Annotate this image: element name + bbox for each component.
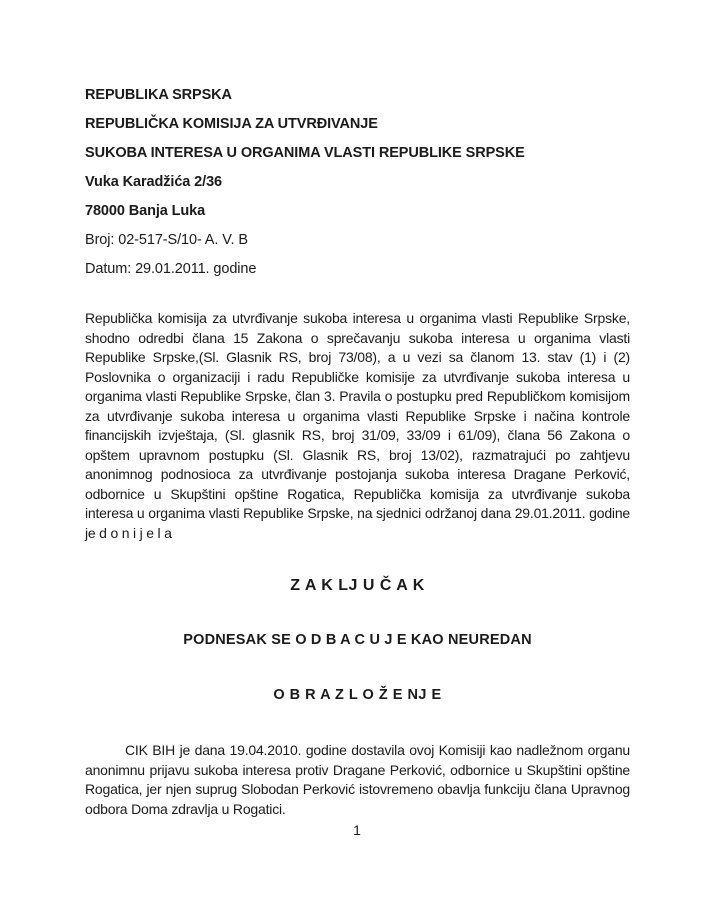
rationale-paragraph: CIK BIH je dana 19.04.2010. godine dosta… [85, 741, 630, 819]
org-name-line-1: REPUBLIKA SRPSKA [85, 86, 630, 105]
document-page: REPUBLIKA SRPSKA REPUBLIČKA KOMISIJA ZA … [0, 0, 714, 924]
rationale-heading: O B R A Z L O Ž E NJ E [85, 687, 630, 703]
decision-statement: PODNESAK SE O D B A C U J E KAO NEUREDAN [85, 632, 630, 648]
page-number: 1 [0, 822, 714, 838]
intro-paragraph: Republička komisija za utvrđivanje sukob… [85, 309, 630, 543]
org-name-line-2: REPUBLIČKA KOMISIJA ZA UTVRĐIVANJE [85, 115, 630, 134]
ref-number: Broj: 02-517-S/10- A. V. B [85, 231, 630, 250]
address-street: Vuka Karadžića 2/36 [85, 173, 630, 192]
address-city: 78000 Banja Luka [85, 202, 630, 221]
conclusion-heading: Z A K LJ U Č A K [85, 577, 630, 595]
org-name-line-3: SUKOBA INTERESA U ORGANIMA VLASTI REPUBL… [85, 144, 630, 163]
date-line: Datum: 29.01.2011. godine [85, 260, 630, 279]
